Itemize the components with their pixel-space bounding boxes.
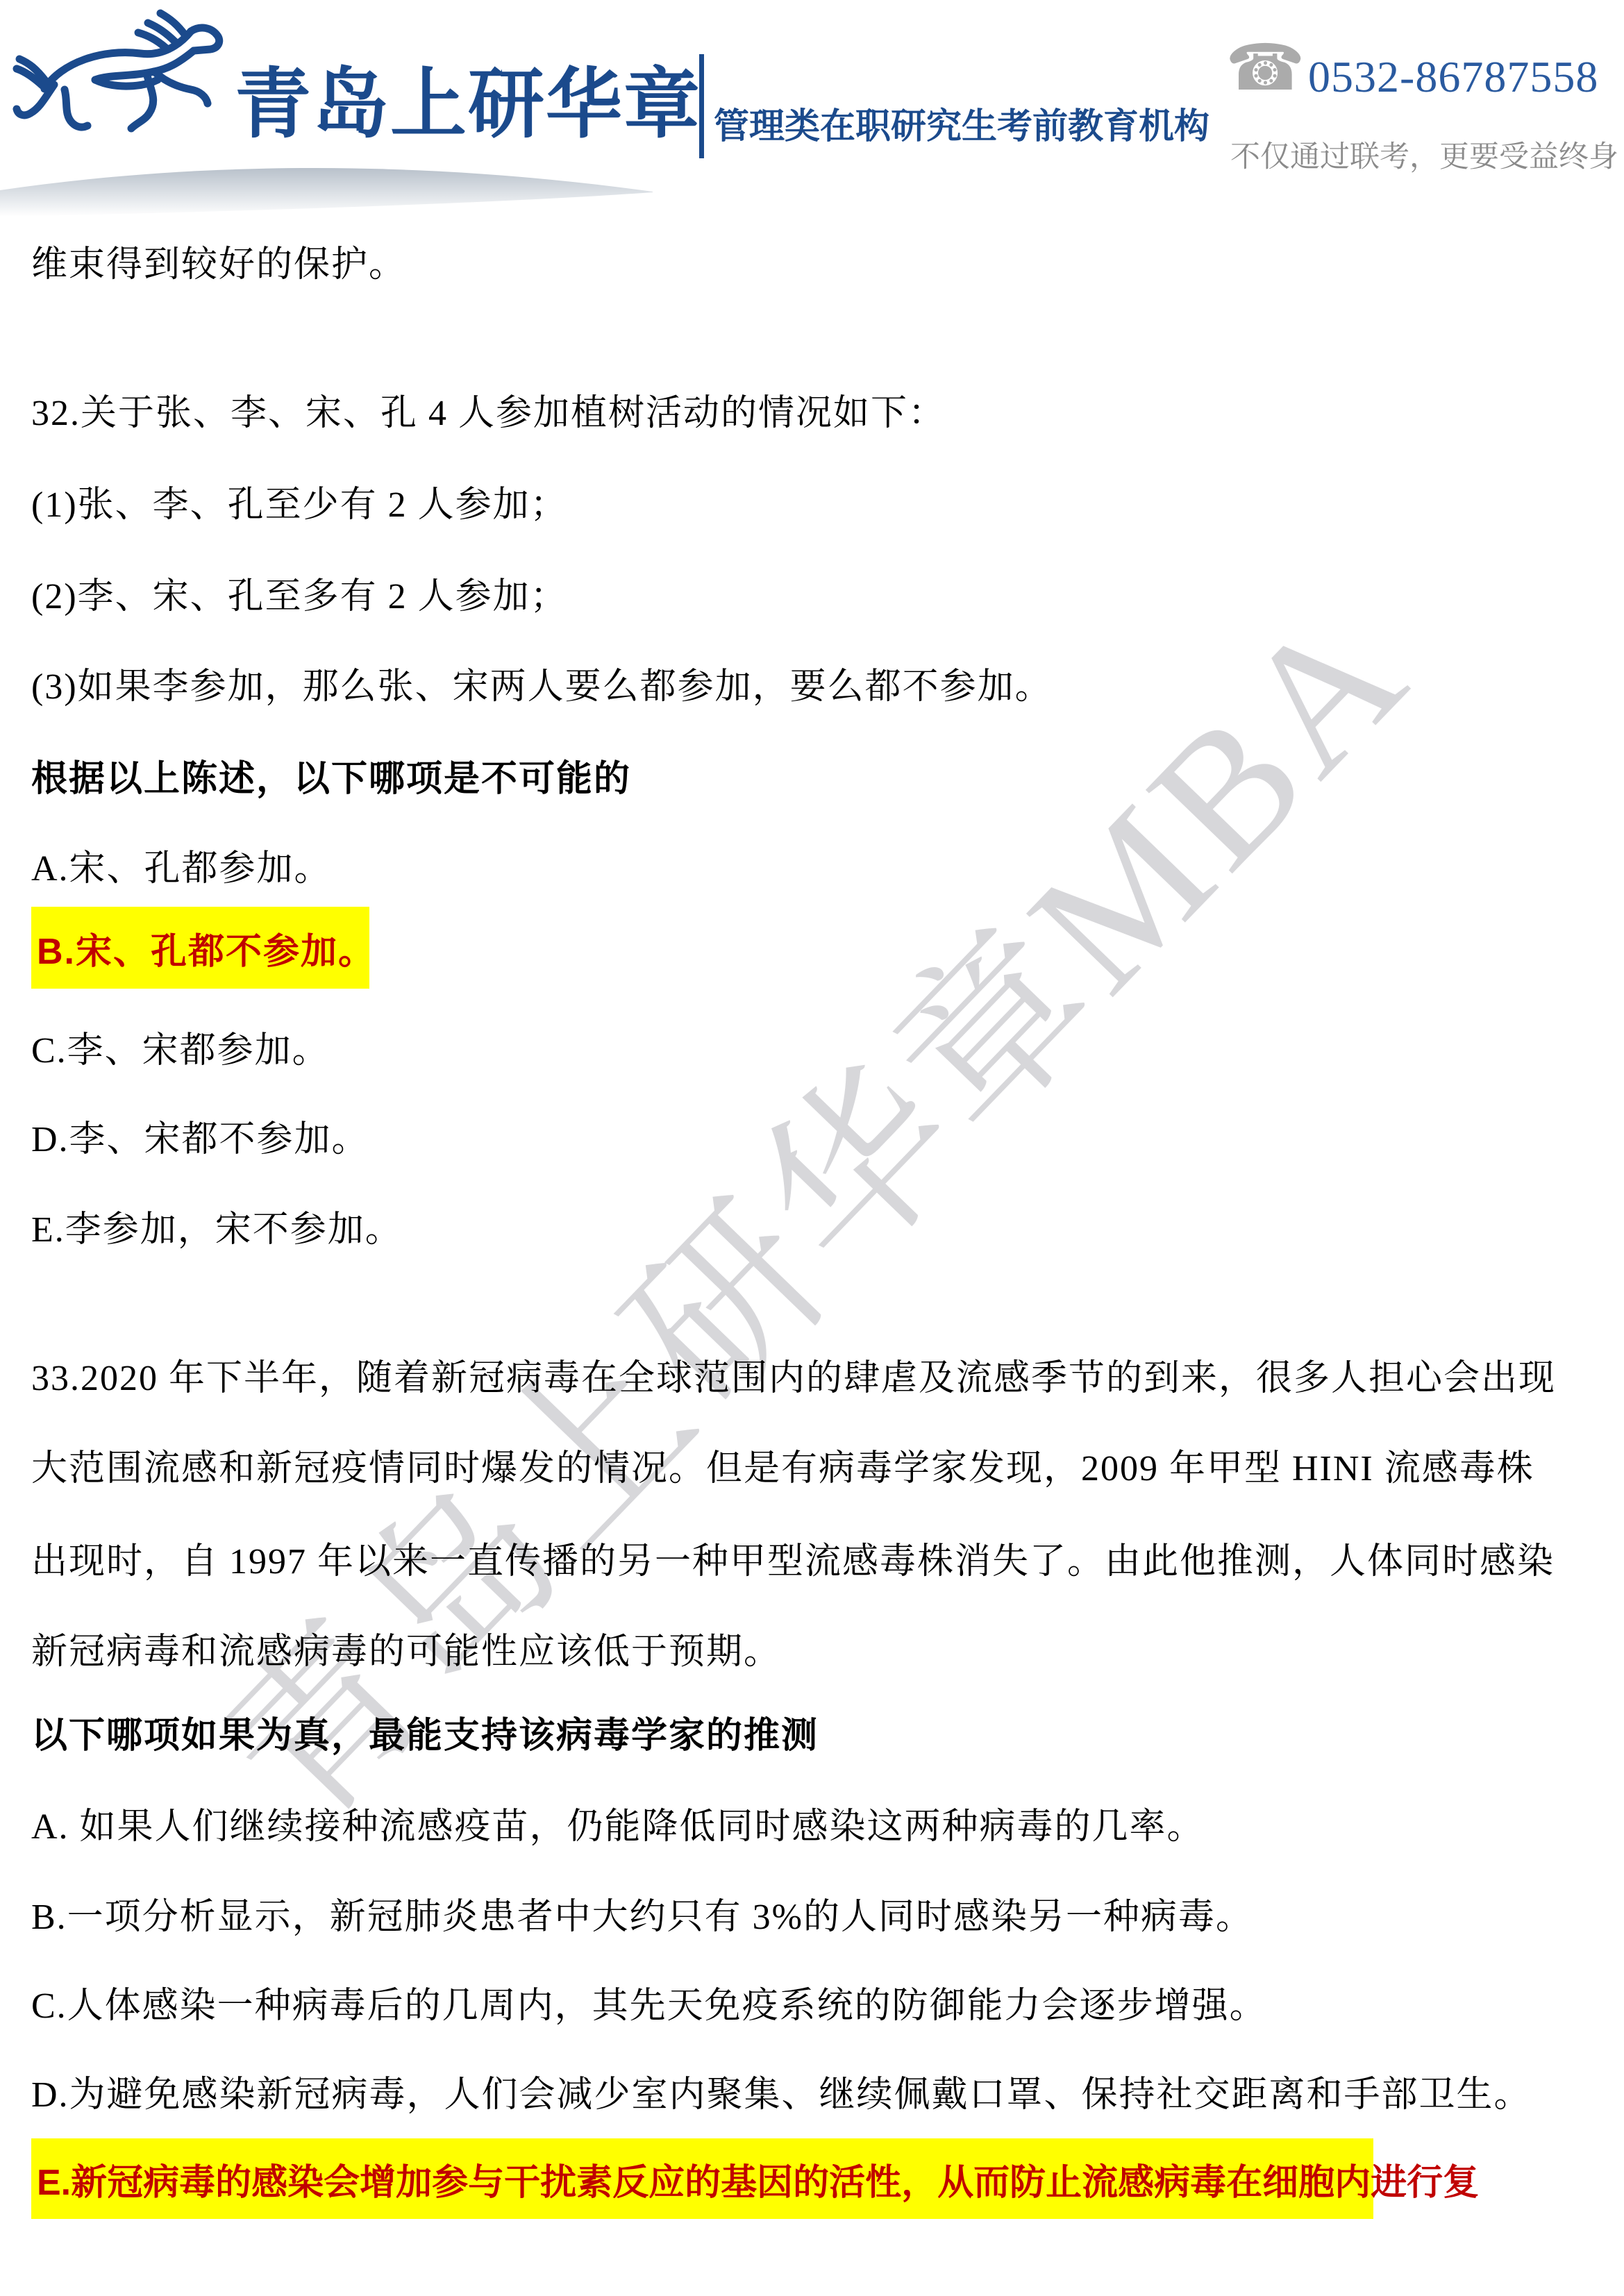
brand-title: 青岛上研华章 [235, 43, 701, 153]
header-tagline: 不仅通过联考，更要受益终身 [1230, 133, 1618, 176]
q33-stem-line-3: 出现时，自 1997 年以来一直传播的另一种甲型流感毒株消失了。由此他推测，人体… [31, 1541, 1555, 1583]
q33-stem-line-4: 新冠病毒和流感病毒的可能性应该低于预期。 [31, 1632, 781, 1673]
header-subtitle: 管理类在职研究生考前教育机构 [714, 97, 1209, 149]
header-divider [699, 54, 704, 158]
q32-option-a: A.宋、孔都参加。 [31, 848, 332, 890]
q32-question: 根据以上陈述，以下哪项是不可能的 [31, 758, 631, 800]
q32-option-e: E.李参加，宋不参加。 [31, 1209, 403, 1251]
q32-option-b-highlight: B.宋、孔都不参加。 [31, 907, 369, 989]
q32-condition-3: (3)如果李参加，那么张、宋两人要么都参加，要么都不参加。 [31, 667, 1053, 708]
q33-stem-line-1: 33.2020 年下半年，随着新冠病毒在全球范围内的肆虐及流感季节的到来，很多人… [31, 1358, 1556, 1400]
q33-option-e: E.新冠病毒的感染会增加参与干扰素反应的基因的活性，从而防止流感病毒在细胞内进行… [31, 2153, 1479, 2205]
q33-option-e-highlight: E.新冠病毒的感染会增加参与干扰素反应的基因的活性，从而防止流感病毒在细胞内进行… [31, 2138, 1373, 2219]
carryover-text: 维束得到较好的保护。 [31, 244, 406, 286]
document-page: 青岛上研华章MBA [0, 0, 1624, 2296]
q33-option-d: D.为避免感染新冠病毒，人们会减少室内聚集、继续佩戴口罩、保持社交距离和手部卫生… [31, 2075, 1532, 2116]
q33-option-c: C.人体感染一种病毒后的几周内，其先天免疫系统的防御能力会逐步增强。 [31, 1986, 1267, 2027]
q32-condition-1: (1)张、李、孔至少有 2 人参加； [31, 485, 568, 526]
swoosh-decoration [0, 156, 694, 218]
q32-option-d: D.李、宋都不参加。 [31, 1119, 369, 1161]
q33-question: 以下哪项如果为真，最能支持该病毒学家的推测 [31, 1715, 819, 1757]
phone-number: 0532-86787558 [1308, 51, 1598, 103]
q32-condition-2: (2)李、宋、孔至多有 2 人参加； [31, 576, 568, 618]
q32-option-c: C.李、宋都参加。 [31, 1030, 330, 1072]
phone-icon: ☎ [1225, 36, 1305, 100]
q33-stem-line-2: 大范围流感和新冠疫情同时爆发的情况。但是有病毒学家发现，2009 年甲型 HIN… [31, 1448, 1534, 1490]
q32-option-b: B.宋、孔都不参加。 [31, 922, 376, 974]
horse-icon [11, 4, 240, 146]
q33-option-b: B.一项分析显示，新冠肺炎患者中大约只有 3%的人同时感染另一种病毒。 [31, 1897, 1253, 1938]
q32-stem: 32.关于张、李、宋、孔 4 人参加植树活动的情况如下： [31, 393, 946, 435]
q33-option-a: A. 如果人们继续接种流感疫苗，仍能降低同时感染这两种病毒的几率。 [31, 1807, 1205, 1848]
